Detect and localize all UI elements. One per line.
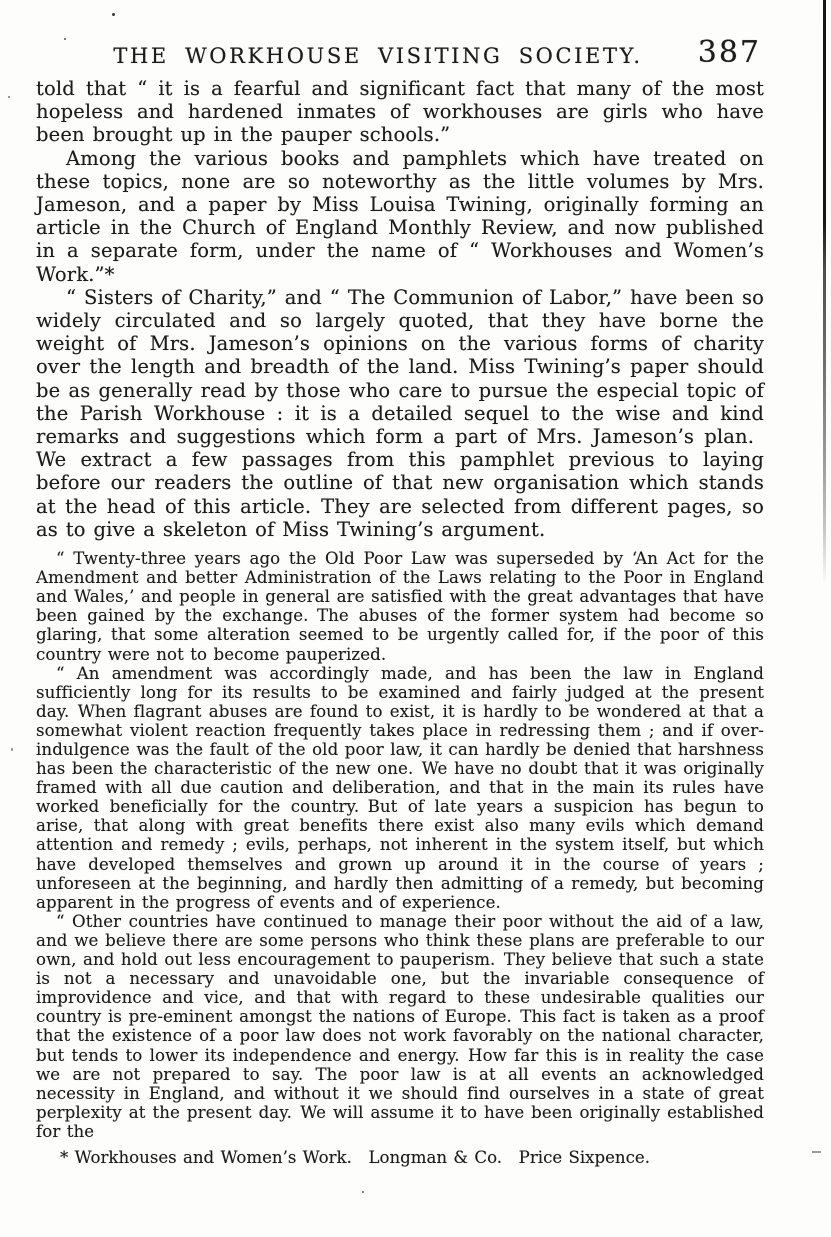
article-paragraph: Among the various books and pamphlets wh…	[36, 147, 764, 286]
page-header: THE WORKHOUSE VISITING SOCIETY. 387	[36, 44, 764, 76]
scan-smudge-artifact	[812, 1151, 821, 1153]
ink-speck	[8, 96, 10, 98]
extract-paragraph: “ An amendment was accordingly made, and…	[36, 664, 764, 912]
ink-speck	[362, 1191, 364, 1193]
ink-speck	[11, 748, 13, 751]
scanned-page: THE WORKHOUSE VISITING SOCIETY. 387 told…	[0, 0, 831, 1237]
running-title: THE WORKHOUSE VISITING SOCIETY.	[113, 44, 642, 68]
scan-edge-artifact	[823, 0, 826, 585]
extract-paragraph: “ Twenty-three years ago the Old Poor La…	[36, 549, 764, 664]
footnote: * Workhouses and Women’s Work. Longman &…	[36, 1148, 764, 1167]
extract-paragraph: “ Other countries have continued to mana…	[36, 912, 764, 1141]
article-paragraph: told that “ it is a fearful and signific…	[36, 77, 764, 147]
quoted-extract: “ Twenty-three years ago the Old Poor La…	[36, 549, 764, 1141]
page-number: 387	[698, 35, 761, 70]
article-paragraph: “ Sisters of Charity,” and “ The Communi…	[36, 286, 764, 541]
text-column: THE WORKHOUSE VISITING SOCIETY. 387 told…	[36, 0, 764, 1167]
article-body: told that “ it is a fearful and signific…	[36, 77, 764, 1167]
